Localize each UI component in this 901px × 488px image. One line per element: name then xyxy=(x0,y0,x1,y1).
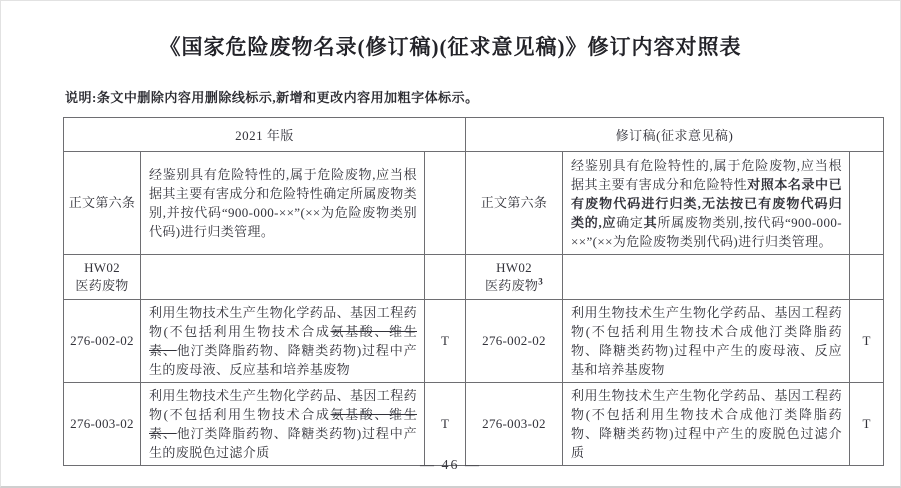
table-row: 正文第六条 经鉴别具有危险特性的,属于危险废物,应当根据其主要有害成分和危险特性… xyxy=(64,152,884,255)
left-hazard-cell: T xyxy=(425,300,466,383)
left-text-cell xyxy=(141,255,425,300)
right-waste-code-cell: 276-003-02 xyxy=(466,383,563,466)
right-article-cell: 正文第六条 xyxy=(466,152,563,255)
document-page: 《国家危险废物名录(修订稿)(征求意见稿)》修订内容对照表 说明:条文中删除内容… xyxy=(0,0,901,488)
left-waste-code-cell: 276-002-02 xyxy=(64,300,141,383)
right-text-cell: 经鉴别具有危险特性的,属于危险废物,应当根据其主要有害成分和危险特性对照本名录中… xyxy=(563,152,850,255)
right-hazard-cell xyxy=(850,152,884,255)
right-waste-code-cell: 276-002-02 xyxy=(466,300,563,383)
table-row: HW02医药废物 HW02医药废物3 xyxy=(64,255,884,300)
header-2021-version: 2021 年版 xyxy=(64,118,466,152)
note-line: 说明:条文中删除内容用删除线标示,新增和更改内容用加粗字体标示。 xyxy=(65,87,900,106)
left-hazard-cell xyxy=(425,152,466,255)
left-article-cell: 正文第六条 xyxy=(64,152,141,255)
right-text-cell xyxy=(563,255,850,300)
left-category-cell: HW02医药废物 xyxy=(64,255,141,300)
left-hazard-cell: T xyxy=(425,383,466,466)
header-revised-draft: 修订稿(征求意见稿) xyxy=(466,118,884,152)
left-hazard-cell xyxy=(425,255,466,300)
table-header-row: 2021 年版 修订稿(征求意见稿) xyxy=(64,118,884,152)
left-text-cell: 利用生物技术生产生物化学药品、基因工程药物(不包括利用生物技术合成氨基酸、维生素… xyxy=(141,383,425,466)
left-text-cell: 经鉴别具有危险特性的,属于危险废物,应当根据其主要有害成分和危险特性确定所属废物… xyxy=(141,152,425,255)
table-row: 276-003-02 利用生物技术生产生物化学药品、基因工程药物(不包括利用生物… xyxy=(64,383,884,466)
right-text-cell: 利用生物技术生产生物化学药品、基因工程药物(不包括利用生物技术合成他汀类降脂药物… xyxy=(563,383,850,466)
right-hazard-cell xyxy=(850,255,884,300)
comparison-table: 2021 年版 修订稿(征求意见稿) 正文第六条 经鉴别具有危险特性的,属于危险… xyxy=(63,117,884,466)
left-text-cell: 利用生物技术生产生物化学药品、基因工程药物(不包括利用生物技术合成氨基酸、维生素… xyxy=(141,300,425,383)
left-waste-code-cell: 276-003-02 xyxy=(64,383,141,466)
document-title: 《国家危险废物名录(修订稿)(征求意见稿)》修订内容对照表 xyxy=(1,31,900,61)
page-number: — 46 — xyxy=(1,458,900,474)
table-row: 276-002-02 利用生物技术生产生物化学药品、基因工程药物(不包括利用生物… xyxy=(64,300,884,383)
right-hazard-cell: T xyxy=(850,383,884,466)
right-text-cell: 利用生物技术生产生物化学药品、基因工程药物(不包括利用生物技术合成他汀类降脂药物… xyxy=(563,300,850,383)
right-hazard-cell: T xyxy=(850,300,884,383)
right-category-cell: HW02医药废物3 xyxy=(466,255,563,300)
